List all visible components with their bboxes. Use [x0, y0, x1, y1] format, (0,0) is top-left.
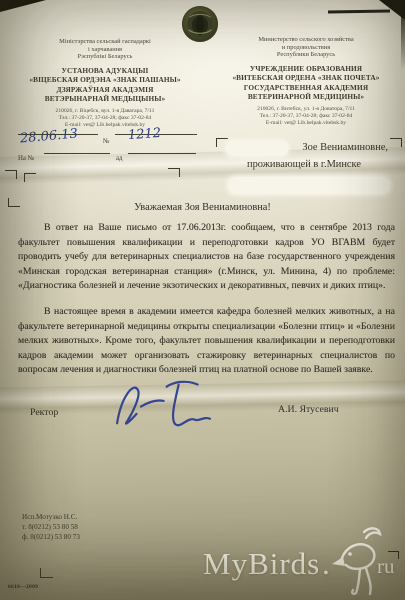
- left-institution-line: ДЗЯРЖАЎНАЯ АКАДЭМІЯ: [12, 85, 198, 94]
- photographed-letter: Міністэрства сельскай гаспадаркі і харча…: [0, 0, 405, 600]
- reply-label: На №: [18, 155, 34, 162]
- signatory-name: А.И. Ятусевич: [278, 404, 339, 415]
- recipient-bracket-right: [390, 138, 402, 147]
- right-address-line: Тел.: 37-20-37, 37-04-28; факс 37-02-84: [213, 113, 399, 120]
- date-rule: [18, 134, 98, 135]
- corner-mark: [168, 168, 180, 177]
- executor-block: Исп.Мотузко Н.С. т. 8(0212) 53 80 58 ф. …: [22, 512, 80, 542]
- recipient-city: проживающей в г.Минске: [218, 159, 390, 170]
- corner-mark: [24, 173, 36, 182]
- right-institution-line: ГОСУДАРСТВЕННАЯ АКАДЕМИЯ: [213, 83, 399, 92]
- left-institution-line: ВЕТЭРЫНАРНАЙ МЕДЫЦЫНЫ»: [12, 94, 198, 103]
- body-paragraph-1: В ответ на Ваше письмо от 17.06.2013г. с…: [18, 221, 395, 294]
- bird-watermark-icon: [330, 524, 382, 596]
- number-sign: №: [103, 138, 110, 145]
- reply-date-rule: [128, 153, 196, 154]
- corner-mark: [40, 568, 53, 578]
- corner-mark: [5, 170, 17, 179]
- executor-phone: т. 8(0212) 53 80 58: [22, 522, 80, 532]
- left-address-line: E-mail: vet@ Lib.belpak.vitebsk.by: [12, 122, 198, 129]
- body-paragraph-2: В настоящее время в академии имеется каф…: [18, 305, 395, 378]
- right-institution-line: ВЕТЕРИНАРНОЙ МЕДИЦИНЫ»: [213, 92, 399, 101]
- redaction-blob: [228, 177, 390, 194]
- signatory-title: Ректор: [30, 407, 58, 418]
- salutation: Уважаемая Зоя Вениаминовна!: [0, 202, 405, 213]
- right-ministry-line: и продовольствия: [213, 44, 399, 52]
- left-ministry-line: Міністэрства сельскай гаспадаркі: [12, 38, 198, 46]
- number-rule: [115, 134, 197, 135]
- left-ministry-line: і харчавання: [12, 46, 198, 54]
- right-ministry-line: Министерство сельского хозяйства: [213, 36, 399, 44]
- right-institution-line: «ВИТЕБСКАЯ ОРДЕНА «ЗНАК ПОЧЕТА»: [213, 73, 399, 82]
- left-institution-line: УСТАНОВА АДУКАЦЫІ: [12, 66, 198, 75]
- photo-edge-right: [401, 0, 405, 70]
- watermark-dot: .: [322, 546, 330, 582]
- left-address-line: Тэл.: 37-20-37, 37-04-28; факс 37-02-84: [12, 115, 198, 122]
- letterhead-right: Министерство сельского хозяйства и продо…: [213, 36, 399, 127]
- reply-from-label: ад: [116, 155, 122, 162]
- executor-fax: ф. 8(0212) 53 80 73: [22, 532, 80, 542]
- left-ministry-line: Рэспублікі Беларусь: [12, 53, 198, 61]
- reply-number-rule: [44, 153, 110, 154]
- handwritten-signature-icon: [106, 370, 220, 442]
- right-ministry-line: Республики Беларусь: [213, 51, 399, 59]
- letterhead-left: Міністэрства сельскай гаспадаркі і харча…: [12, 38, 198, 129]
- executor-name: Исп.Мотузко Н.С.: [22, 512, 80, 522]
- print-order-code: 6616—2009: [8, 584, 38, 590]
- right-institution-line: УЧРЕЖДЕНИЕ ОБРАЗОВАНИЯ: [213, 64, 399, 73]
- right-address-line: E-mail: vet@ Lib.belpak.vitebsk.by: [213, 120, 399, 127]
- watermark-site-tld: ru: [377, 554, 395, 579]
- watermark-site-name: MyBirds: [203, 546, 320, 582]
- recipient-name: Зое Вениаминовне,: [230, 142, 388, 153]
- left-institution-line: «ВІЦЕБСКАЯ ОРДЭНА «ЗНАК ПАШАНЫ»: [12, 75, 198, 84]
